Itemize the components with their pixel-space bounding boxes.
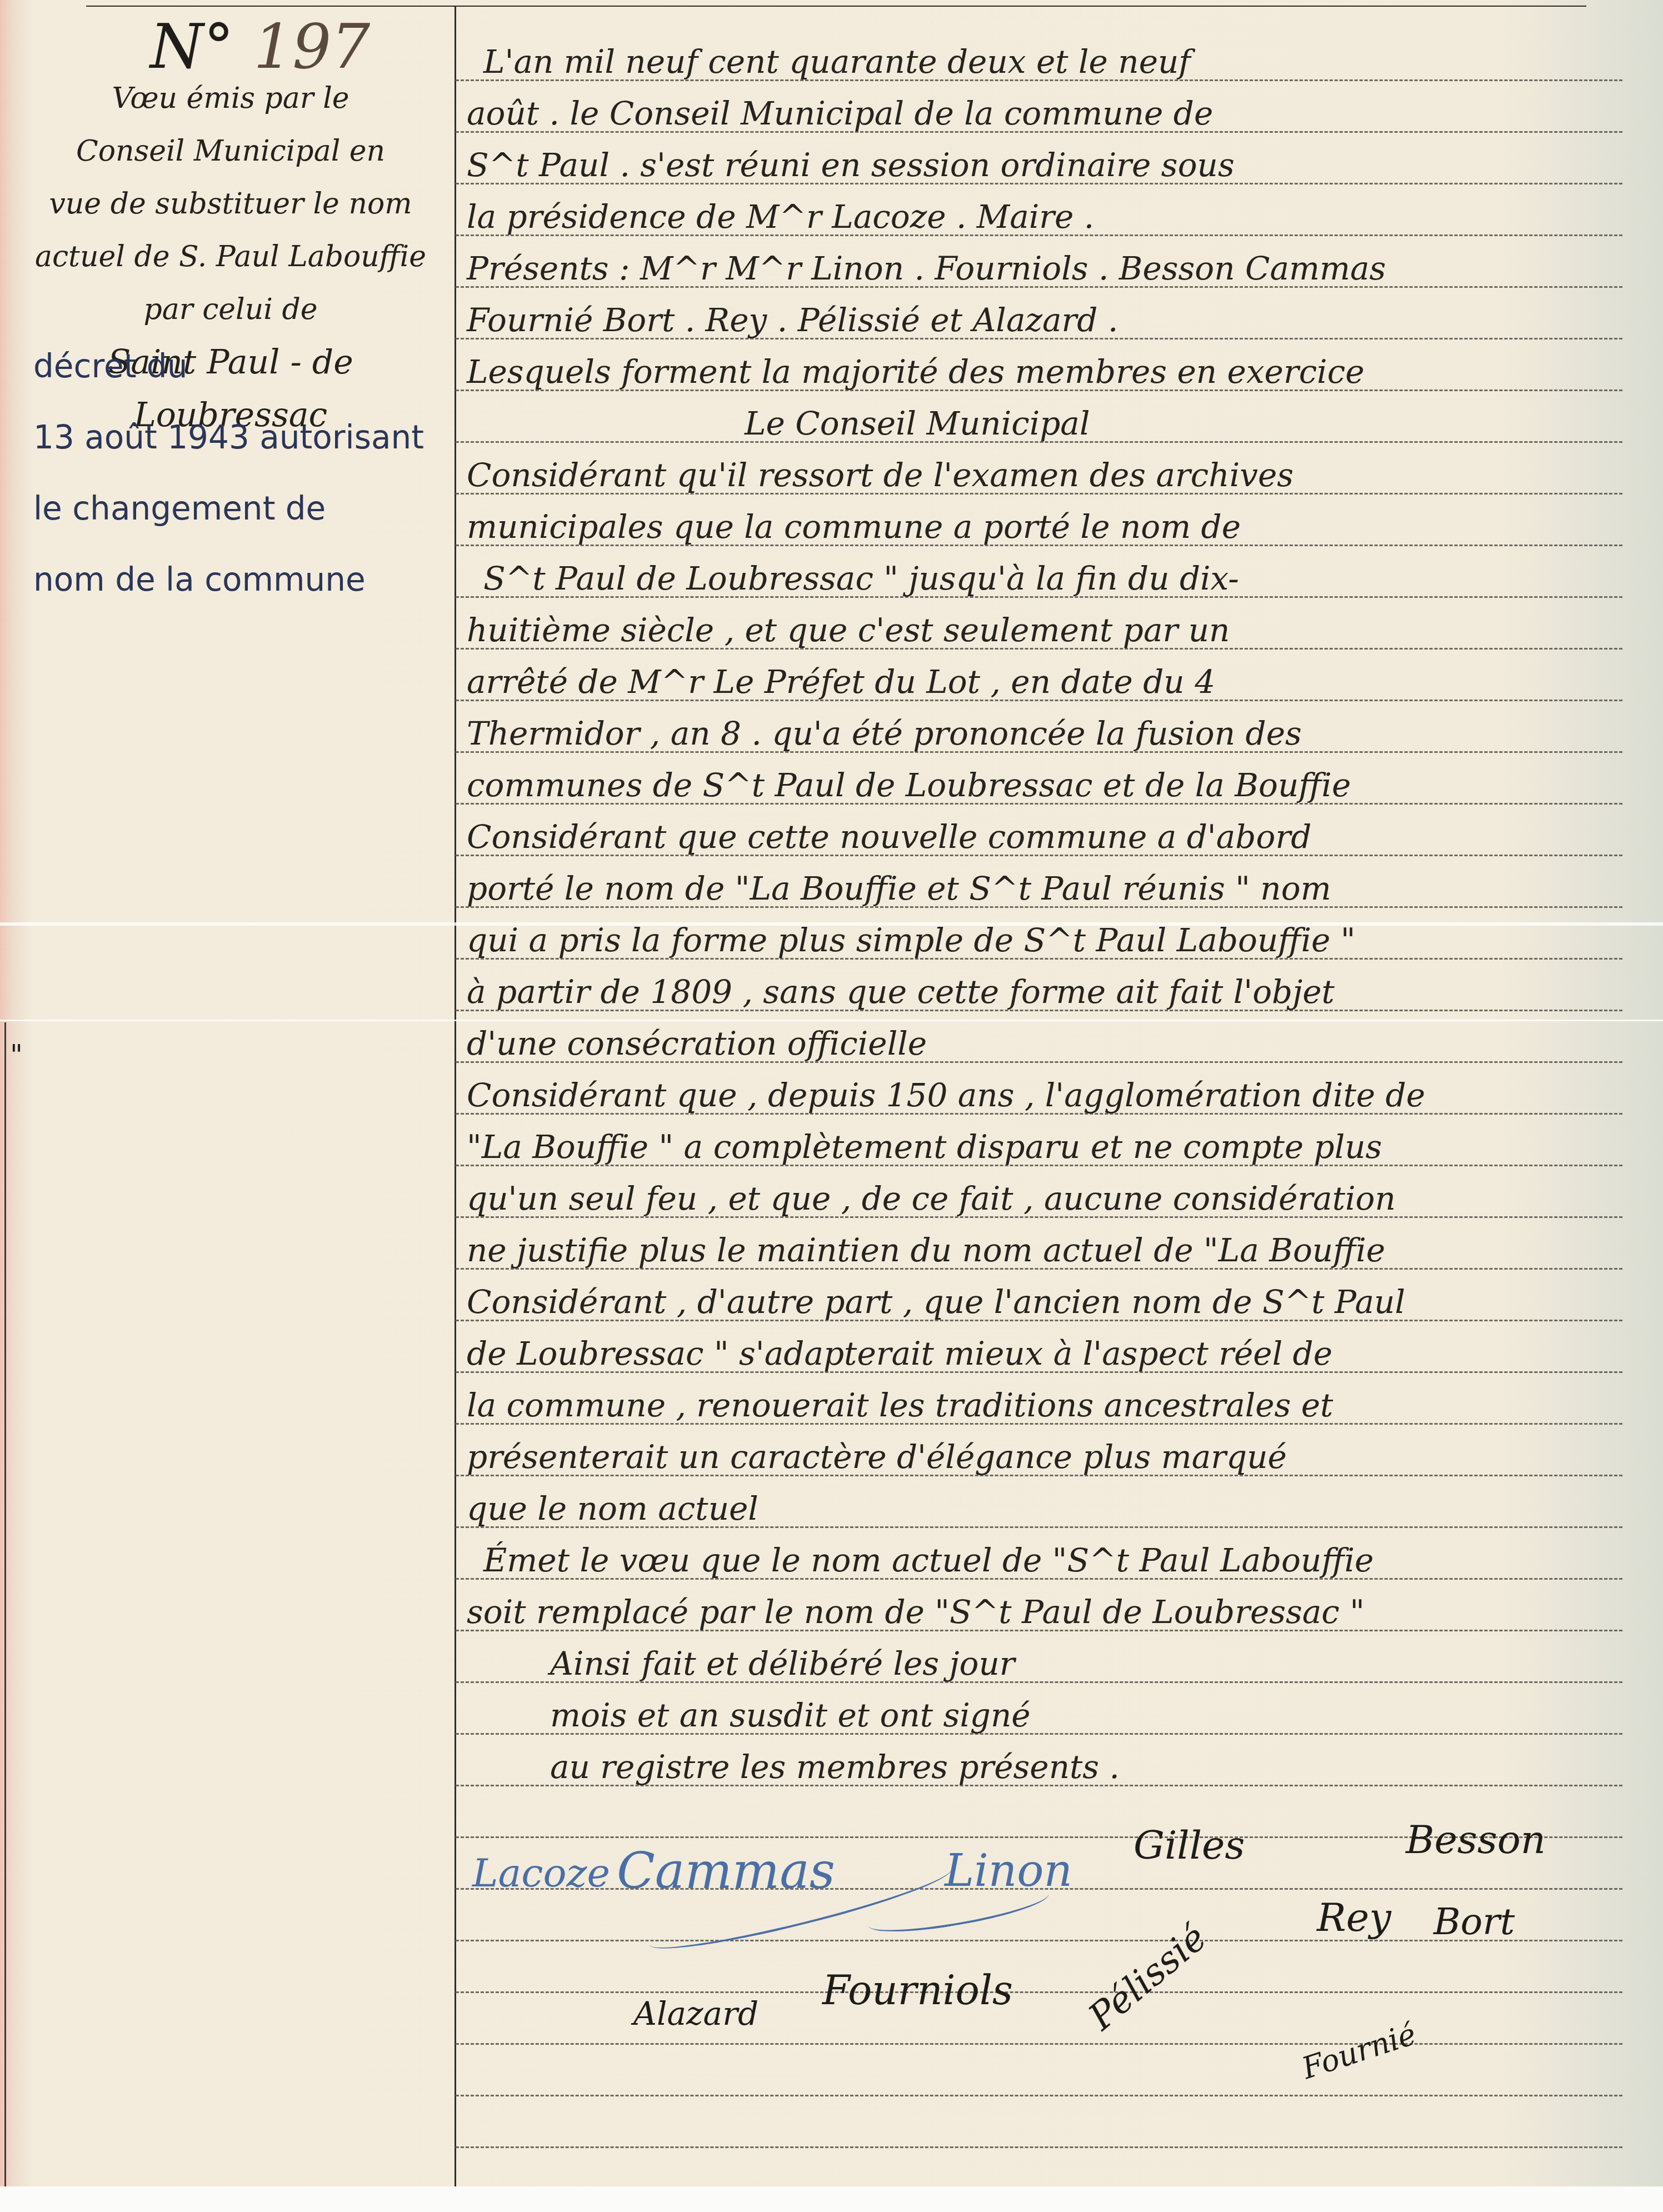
text-line: Lesquels forment la majorité des membres… <box>467 346 1364 397</box>
closing-line: Ainsi fait et délibéré les jour <box>550 1638 1015 1689</box>
margin-title-line: Vœu émis par le <box>11 72 450 125</box>
closing-line: au registre les membres présents . <box>550 1741 1120 1792</box>
signatures-block: Lacoze Cammas Linon Gilles Besson Rey Bo… <box>467 1811 1622 2173</box>
text-line: Thermidor , an 8 . qu'a été prononcée la… <box>467 708 1302 759</box>
margin-title-line: actuel de S. Paul Labouffie <box>11 231 450 283</box>
text-line: ne justifie plus le maintien du nom actu… <box>467 1225 1385 1276</box>
margin-title-line: Conseil Municipal en <box>11 125 450 178</box>
signature: Pélissié <box>1081 1916 1215 2038</box>
text-line: S^t Paul . s'est réuni en session ordina… <box>467 139 1235 191</box>
entry-number-prefix: N° <box>150 11 234 82</box>
text-line: Fournié Bort . Rey . Pélissié et Alazard… <box>467 294 1118 346</box>
decree-line: 13 août 1943 autorisant <box>33 402 456 473</box>
section-heading: Le Conseil Municipal <box>745 398 1090 449</box>
decree-line: nom de la commune <box>33 544 456 615</box>
closing-line: mois et an susdit et ont signé <box>550 1690 1031 1741</box>
text-line: L'an mil neuf cent quarante deux et le n… <box>483 36 1191 87</box>
margin-title-line: par celui de <box>11 283 450 336</box>
text-line: la présidence de M^r Lacoze . Maire . <box>467 191 1094 242</box>
text-line: porté le nom de "La Bouffie et S^t Paul … <box>467 863 1331 914</box>
text-line: municipales que la commune a porté le no… <box>467 501 1241 552</box>
text-line: "La Bouffie " a complètement disparu et … <box>467 1121 1382 1172</box>
text-line: Considérant qu'il ressort de l'examen de… <box>467 450 1294 501</box>
text-line: que le nom actuel <box>467 1483 758 1534</box>
margin-decree-note: décret du 13 août 1943 autorisant le cha… <box>33 331 456 615</box>
text-line: Considérant que cette nouvelle commune a… <box>467 811 1311 862</box>
signature: Bort <box>1434 1900 1515 1943</box>
margin-quote-mark: " <box>10 1039 23 1071</box>
signature: Besson <box>1406 1817 1546 1863</box>
text-line: communes de S^t Paul de Loubressac et de… <box>467 760 1351 811</box>
signature: Fourniols <box>822 1967 1013 2014</box>
signature: Rey <box>1317 1895 1391 1940</box>
text-line: Considérant que , depuis 150 ans , l'agg… <box>467 1070 1425 1121</box>
entry-number: N° 197 <box>150 11 370 82</box>
text-line: d'une consécration officielle <box>467 1018 927 1069</box>
text-line: Émet le vœu que le nom actuel de "S^t Pa… <box>483 1535 1374 1586</box>
text-line: arrêté de M^r Le Préfet du Lot , en date… <box>467 656 1215 707</box>
text-line: huitième siècle , et que c'est seulement… <box>467 605 1230 656</box>
decree-line: le changement de <box>33 473 456 544</box>
entry-number-value: 197 <box>253 11 370 82</box>
text-line: soit remplacé par le nom de "S^t Paul de… <box>467 1586 1365 1637</box>
signature: Fournié <box>1297 2016 1420 2086</box>
text-line: de Loubressac " s'adapterait mieux à l'a… <box>467 1328 1332 1379</box>
text-line: présenterait un caractère d'élégance plu… <box>467 1431 1287 1482</box>
decree-line: décret du <box>33 331 456 402</box>
text-line: août . le Conseil Municipal de la commun… <box>467 88 1213 139</box>
text-line: la commune , renouerait les traditions a… <box>467 1380 1333 1431</box>
text-line: à partir de 1809 , sans que cette forme … <box>467 966 1335 1017</box>
text-line: S^t Paul de Loubressac " jusqu'à la fin … <box>483 553 1239 604</box>
signature: Alazard <box>633 1995 758 2033</box>
scan-bottom-margin <box>0 2186 1663 2212</box>
text-line: qu'un seul feu , et que , de ce fait , a… <box>467 1173 1396 1224</box>
binding-edge <box>4 1022 12 2186</box>
top-rule <box>86 6 1586 7</box>
register-page: N° 197 Vœu émis par le Conseil Municipal… <box>0 0 1663 2186</box>
signature: Lacoze <box>472 1850 610 1896</box>
text-line: Considérant , d'autre part , que l'ancie… <box>467 1276 1405 1327</box>
signature: Gilles <box>1133 1822 1245 1868</box>
margin-title-line: vue de substituer le nom <box>11 178 450 231</box>
text-line: qui a pris la forme plus simple de S^t P… <box>467 915 1355 966</box>
text-line: Présents : M^r M^r Linon . Fourniols . B… <box>467 243 1386 294</box>
